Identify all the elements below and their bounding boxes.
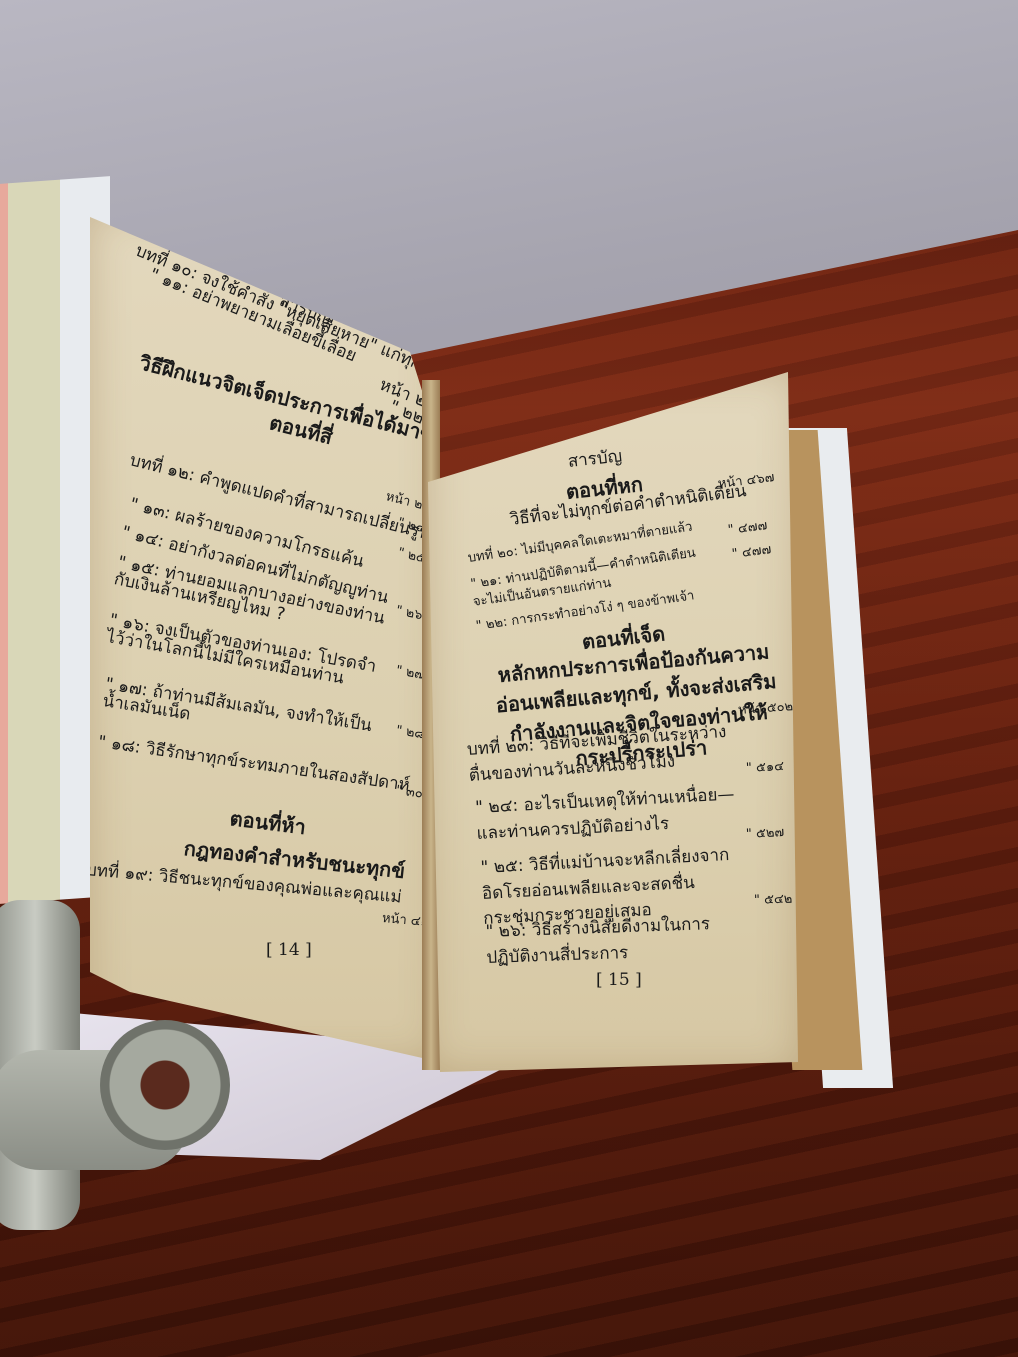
page-ref: หน้า ๕๐๒ [738, 700, 794, 717]
page-ref: " ๔๗๗ [727, 519, 768, 537]
metal-binder-clip [0, 900, 240, 1320]
page-ref: " ๕๑๔ [746, 760, 785, 775]
toc-entry: " ๒๔: อะไรเป็นเหตุให้ท่านเหนื่อย—และท่าน… [475, 782, 737, 847]
page-number: [ 15 ] [596, 972, 642, 989]
page-number: [ 14 ] [266, 942, 312, 959]
clip-ring-hole [100, 1020, 230, 1150]
page-ref: " ๕๔๒ [754, 893, 793, 907]
toc-entry: " ๒๖: วิธีสร้างนิสัยดีงามในการปฏิบัติงาน… [485, 911, 747, 971]
toc-header: สารบัญ [567, 448, 623, 471]
book-page-right: สารบัญ ตอนที่หก วิธีที่จะไม่ทุกข์ต่อคำตำ… [428, 372, 798, 1072]
section-title: ตอนที่ห้า [229, 808, 307, 837]
page-ref: " ๔๗๗ [731, 543, 772, 561]
page-ref: " ๕๒๗ [746, 826, 785, 841]
page-ref: หน้า ๔๖๗ [717, 471, 775, 491]
